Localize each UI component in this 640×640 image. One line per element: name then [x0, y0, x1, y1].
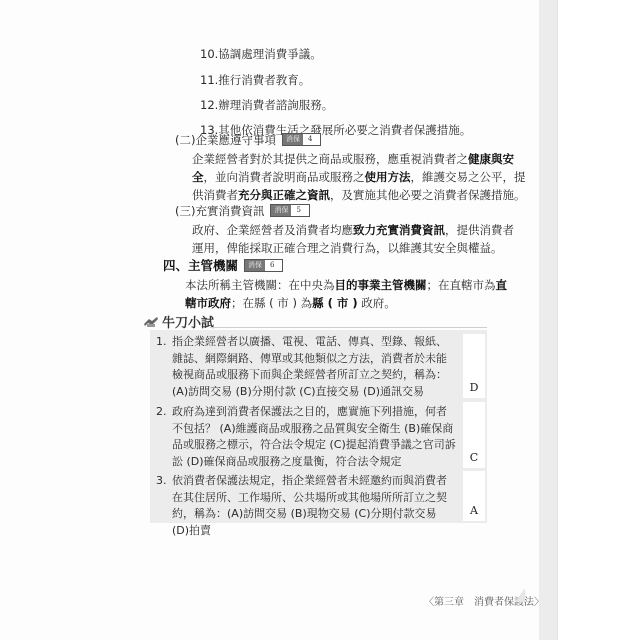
section-3-title: (三)充實消費資訊	[175, 204, 264, 218]
section-4-title: 四、主管機關	[163, 258, 238, 273]
section-2-heading: (二)企業應遵守事項消保4	[175, 132, 321, 148]
page-gutter-strip	[539, 0, 558, 640]
law-article-badge: 消保6	[244, 259, 283, 272]
quiz-box: 1. 指企業經營者以廣播、電視、電話、傳真、型錄、報紙、雜誌、網際網路、傳單或其…	[150, 330, 487, 523]
section-4-line-1: 本法所稱主管機關：在中央為目的事業主管機關；在直轄市為直	[185, 277, 507, 293]
section-2-line-1: 企業經營者對於其提供之商品或服務，應重視消費者之健康與安	[192, 151, 514, 167]
right-margin	[558, 0, 640, 640]
chapter-label: 〈第三章 消費者保護法〉	[424, 597, 544, 608]
quiz-question-3: 3. 依消費者保護法規定，指企業經營者未經邀約而與消費者在其住居所、工作場所、公…	[156, 473, 456, 539]
quiz-divider	[210, 327, 487, 328]
section-3-line-1: 政府、企業經營者及消費者均應致力充實消費資訊，提供消費者	[192, 222, 514, 238]
list-item-12: 12.辦理消費者諮詢服務。	[200, 97, 333, 113]
answer-box-3: A	[463, 471, 485, 521]
list-item-10: 10.協調處理消費爭議。	[200, 46, 322, 62]
quiz-title: 牛刀小試	[143, 312, 214, 331]
section-2-line-3: 供消費者充分與正確之資訊，及實施其他必要之消費者保護措施。	[192, 187, 526, 203]
page-corner-tab	[515, 588, 525, 602]
section-4-heading: 四、主管機關消保6	[163, 256, 283, 274]
quiz-question-1: 1. 指企業經營者以廣播、電視、電話、傳真、型錄、報紙、雜誌、網際網路、傳單或其…	[156, 334, 456, 400]
section-2-line-2: 全，並向消費者說明商品或服務之使用方法，維護交易之公平，提	[192, 169, 526, 185]
section-2-title: (二)企業應遵守事項	[175, 133, 276, 147]
section-3-line-2: 運用，俾能採取正確合理之消費行為，以維護其安全與權益。	[192, 240, 503, 256]
document-page: 10.協調處理消費爭議。 11.推行消費者教育。 12.辦理消費者諮詢服務。 1…	[0, 0, 539, 640]
answer-box-2: C	[463, 402, 485, 468]
section-4-line-2: 轄市政府；在縣 ( 市 ) 為縣 ( 市 ) 政府。	[185, 295, 396, 311]
law-article-badge: 消保5	[270, 204, 309, 217]
pencil-hand-icon	[143, 316, 159, 328]
answer-box-1: D	[463, 334, 485, 398]
law-article-badge: 消保4	[282, 133, 321, 146]
section-3-heading: (三)充實消費資訊消保5	[175, 203, 310, 219]
list-item-11: 11.推行消費者教育。	[200, 72, 310, 88]
quiz-question-2: 2. 政府為達到消費者保護法之目的，應實施下列措施，何者不包括？ (A)維護商品…	[156, 404, 456, 470]
